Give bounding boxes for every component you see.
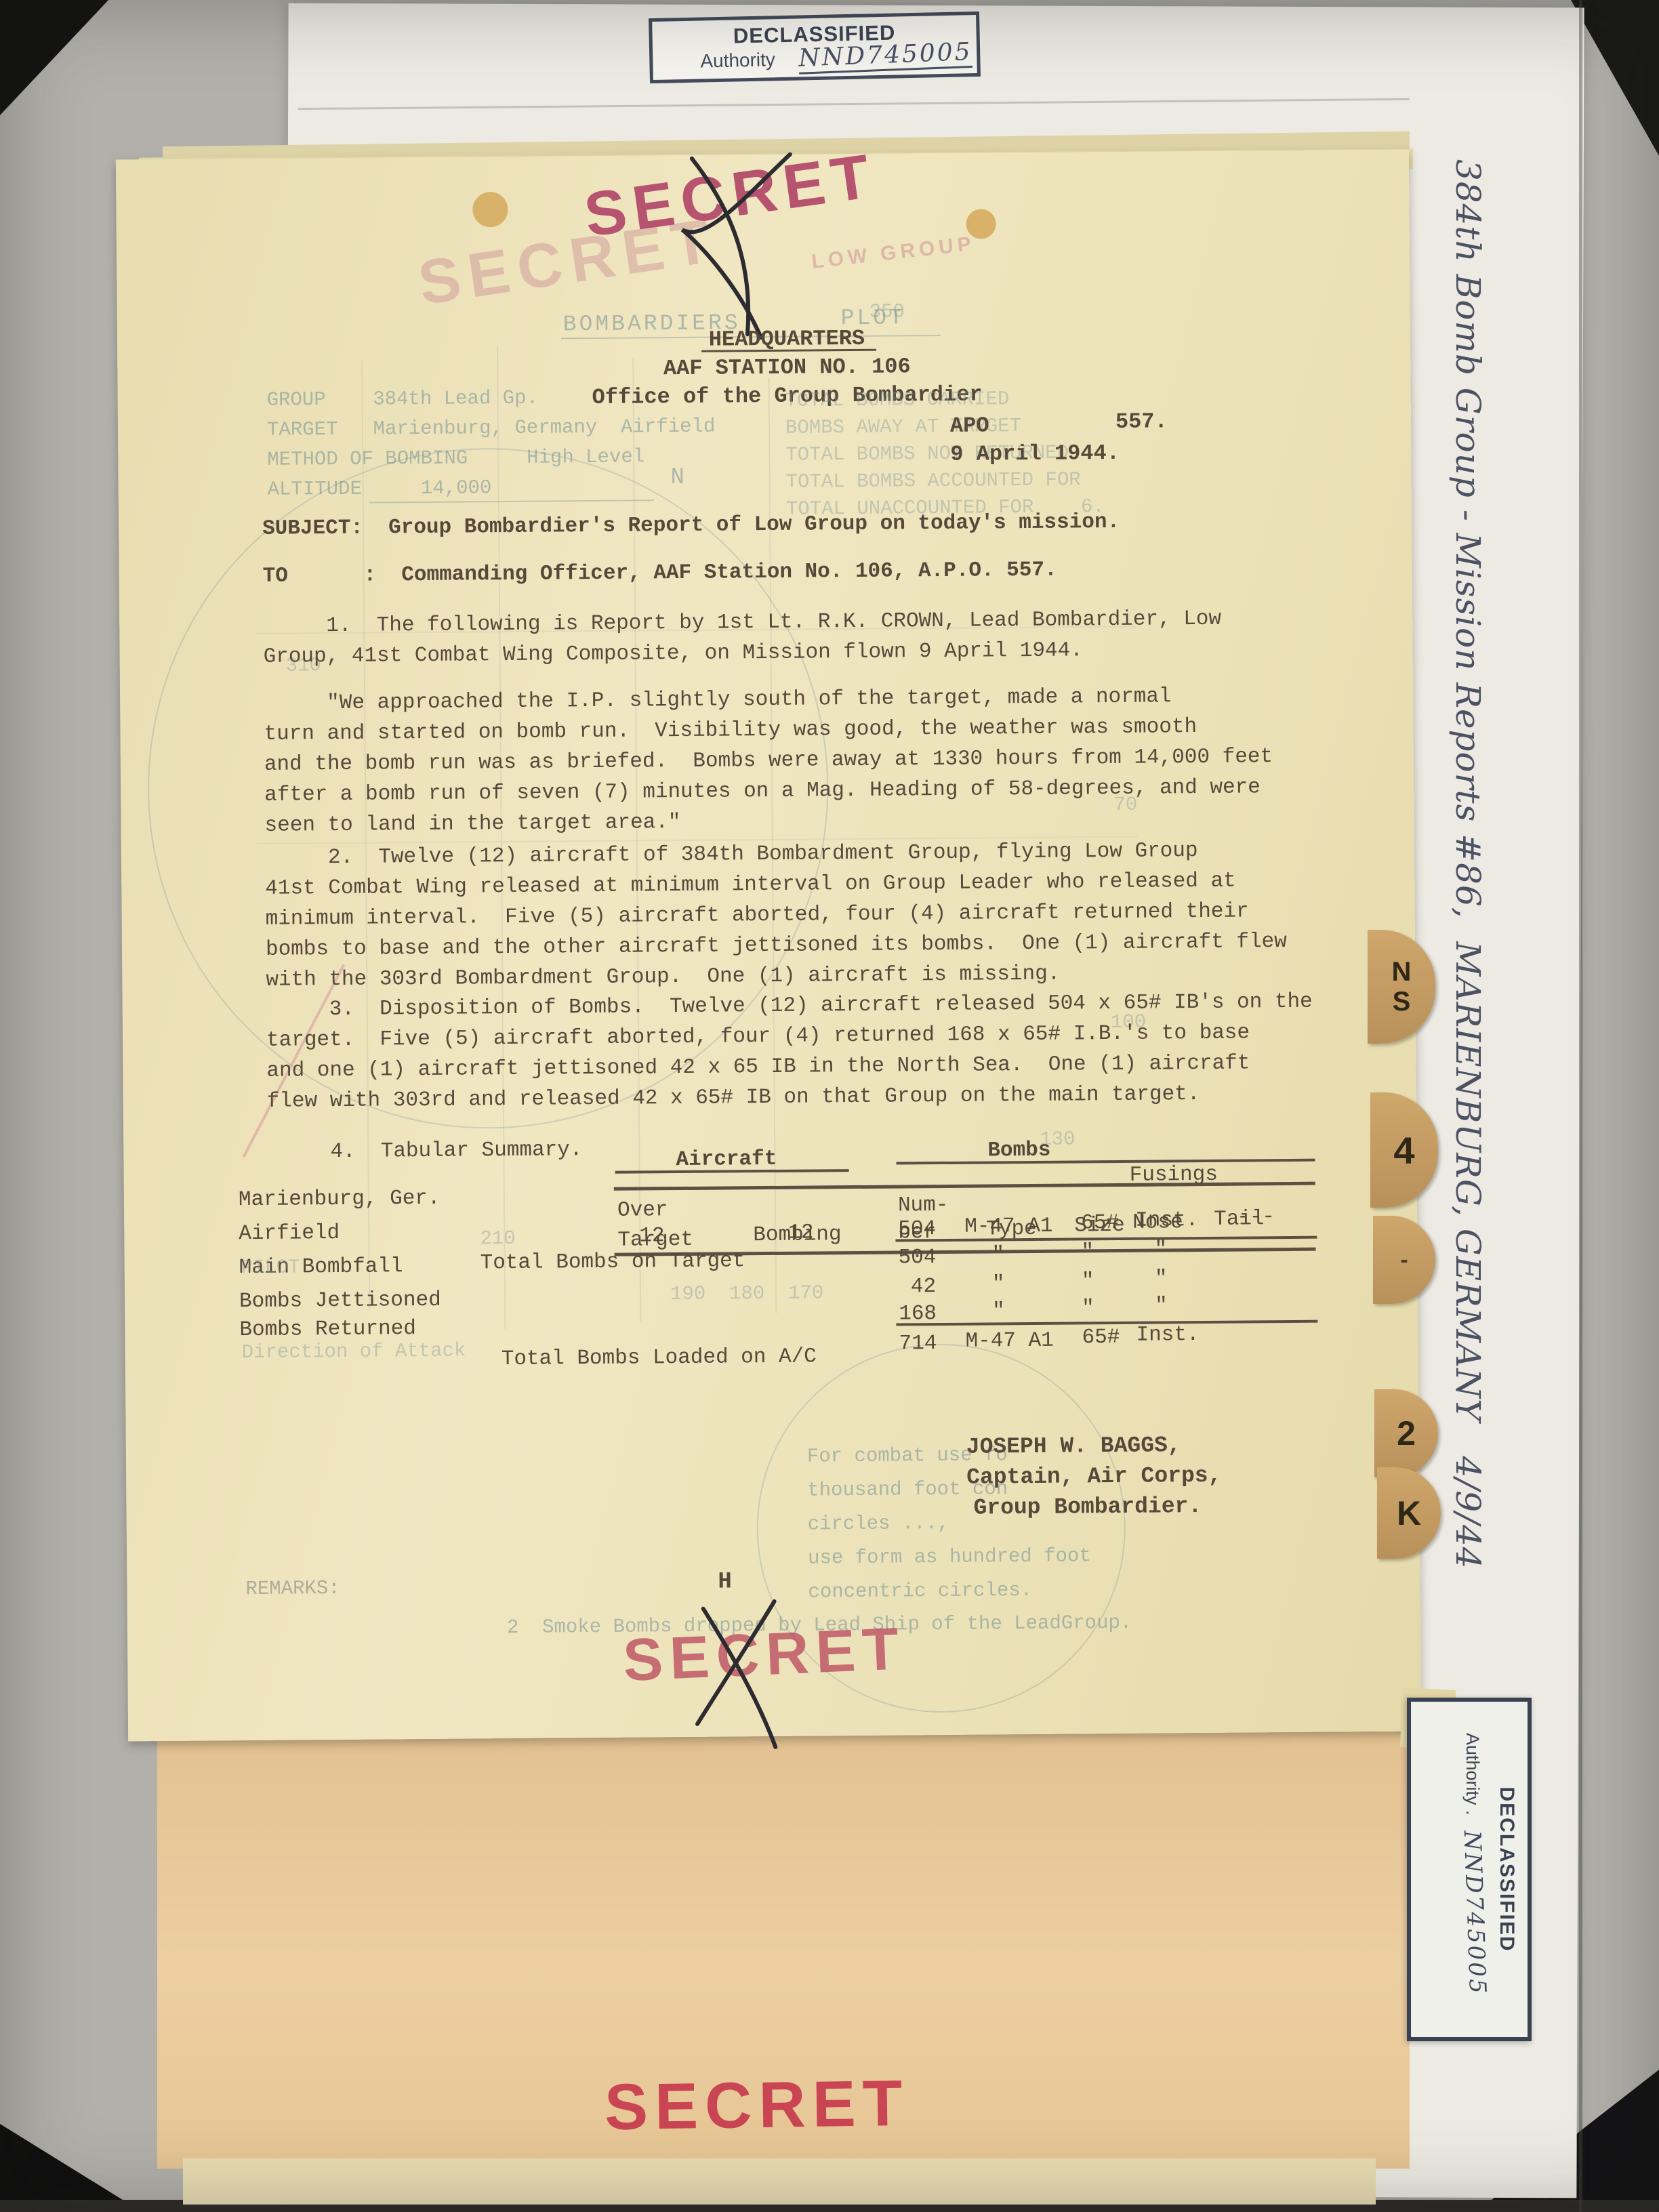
ghost-compass-180s: 190 180 170 bbox=[670, 1282, 824, 1305]
index-tab-k-label: K bbox=[1397, 1494, 1421, 1533]
table-r1-type: M-47 A1 bbox=[964, 1211, 1053, 1242]
table-r1-bombing: 12 bbox=[788, 1217, 814, 1248]
table-r2-type: " bbox=[991, 1240, 1004, 1270]
ghost-pilot-label: PILOT bbox=[241, 1256, 300, 1279]
table-r4-size: " bbox=[1082, 1293, 1094, 1324]
table-r5-size: 65# bbox=[1082, 1322, 1120, 1353]
side-slip-authority-label: Authority . bbox=[1462, 1733, 1483, 1816]
ghost-form-method: METHOD OF BOMBING High Level bbox=[267, 445, 644, 470]
table-r1-size: 65# bbox=[1081, 1208, 1119, 1238]
table-r3-type: " bbox=[992, 1269, 1005, 1299]
date-line: 9 April 1944. bbox=[950, 438, 1120, 470]
ghost-form-target: TARGET Marienburg, Germany Airfield bbox=[267, 415, 716, 441]
table-row-label-marienburg: Marienburg, Ger. bbox=[239, 1183, 441, 1215]
table-row-label-airfield: Airfield bbox=[239, 1218, 340, 1249]
side-slip-authority-value: NND745005 bbox=[1458, 1830, 1491, 1996]
table-r2-nose: " bbox=[1154, 1234, 1167, 1265]
pen-x-mark-mid bbox=[679, 1591, 802, 1755]
photo-corner-bottom-left bbox=[0, 2124, 142, 2212]
index-tab-ns-letter-n: N bbox=[1392, 957, 1412, 987]
table-r5-num: 714 bbox=[899, 1328, 937, 1359]
margin-handwritten-note: 384th Bomb Group - Mission Reports #86, … bbox=[1447, 159, 1488, 1515]
low-group-ghost-stamp: LOW GROUP bbox=[811, 232, 977, 274]
ghost-form-accounted: TOTAL BOMBS ACCOUNTED FOR bbox=[786, 468, 1081, 493]
para3-line4: flew with 303rd and released 42 x 65# IB… bbox=[267, 1079, 1200, 1117]
ghost-compass-210: 210 bbox=[480, 1227, 515, 1250]
ghost-form-altitude: ALTITUDE 14,000 bbox=[268, 476, 492, 501]
index-tab-4-label: 4 bbox=[1393, 1128, 1414, 1172]
ghost-stamp-note-3: circles ..., bbox=[808, 1512, 973, 1536]
secret-stamp-bottom: SECRET bbox=[604, 2066, 909, 2145]
remarks-label: REMARKS: bbox=[245, 1577, 340, 1600]
subject-line: SUBJECT: Group Bombardier's Report of Lo… bbox=[262, 507, 1120, 544]
table-r5-nose: Inst. bbox=[1136, 1319, 1199, 1351]
para4-label: 4. Tabular Summary. bbox=[267, 1134, 582, 1168]
declassified-side-slip: DECLASSIFIED Authority . NND745005 bbox=[1407, 1698, 1532, 2041]
apo-number: 557. bbox=[1115, 406, 1168, 437]
para1-line2: Group, 41st Combat Wing Composite, on Mi… bbox=[263, 635, 1083, 672]
ghost-form-group: GROUP 384th Lead Gp. bbox=[267, 387, 539, 411]
ghost-stamp-note-5: concentric circles. bbox=[808, 1579, 1032, 1603]
declassified-stamp-box: DECLASSIFIED Authority NND745005 bbox=[649, 12, 981, 83]
side-slip-title: DECLASSIFIED bbox=[1495, 1702, 1518, 2037]
index-tab-blank-mark: - bbox=[1400, 1247, 1408, 1273]
punch-hole-left bbox=[472, 192, 508, 227]
table-r3-size: " bbox=[1082, 1266, 1094, 1296]
declassified-authority-value: NND745005 bbox=[798, 38, 973, 75]
declassified-side-slip-anchor: DECLASSIFIED Authority . NND745005 bbox=[1413, 1698, 1534, 2036]
table-r2-num: 504 bbox=[898, 1242, 936, 1273]
signature-title: Group Bombardier. bbox=[973, 1491, 1202, 1523]
quote-line5: seen to land in the target area." bbox=[264, 807, 680, 841]
apo-label: APO bbox=[950, 410, 989, 441]
table-jettisoned-label: Bombs Jettisoned bbox=[239, 1285, 441, 1317]
table-r2-size: " bbox=[1081, 1237, 1094, 1267]
photo-of-document: SECRET 350 310 70 130 100 210 190 180 17… bbox=[0, 0, 1659, 2212]
table-r1-tail: --- bbox=[1237, 1202, 1275, 1232]
photo-corner-top-left bbox=[0, 0, 108, 115]
signature-name: JOSEPH W. BAGGS, bbox=[966, 1430, 1181, 1462]
bottom-cream-sheet-edge bbox=[183, 2158, 1376, 2205]
ghost-direction-label: Direction of Attack bbox=[242, 1340, 466, 1364]
declassified-authority-label: Authority bbox=[700, 49, 775, 72]
index-tab-2-label: 2 bbox=[1397, 1414, 1416, 1453]
table-r5-type: M-47 A1 bbox=[965, 1326, 1054, 1357]
table-r1-nose: Inst. bbox=[1135, 1205, 1198, 1236]
document-page: 350 310 70 130 100 210 190 180 170 SECRE… bbox=[116, 150, 1421, 1742]
table-total-loaded-label: Total Bombs Loaded on A/C bbox=[501, 1341, 817, 1374]
to-line: TO : Commanding Officer, AAF Station No.… bbox=[263, 555, 1057, 592]
folder-edge-line bbox=[1579, 0, 1582, 2212]
table-r3-nose: " bbox=[1155, 1263, 1168, 1294]
table-r3-num: 42 bbox=[911, 1271, 937, 1302]
signature-rank: Captain, Air Corps, bbox=[966, 1460, 1222, 1493]
table-bombs-underline bbox=[897, 1159, 1315, 1165]
table-total-target-label: Total Bombs on Target bbox=[480, 1246, 745, 1278]
ghost-form-carried: TOTAL BOMBS CARRIED bbox=[785, 388, 1010, 412]
ghost-n-mark: N bbox=[670, 465, 684, 491]
ghost-stamp-note-4: use form as hundred foot bbox=[808, 1544, 1091, 1569]
table-r4-nose: " bbox=[1155, 1290, 1168, 1321]
index-tab-ns-letter-s: S bbox=[1393, 987, 1411, 1017]
